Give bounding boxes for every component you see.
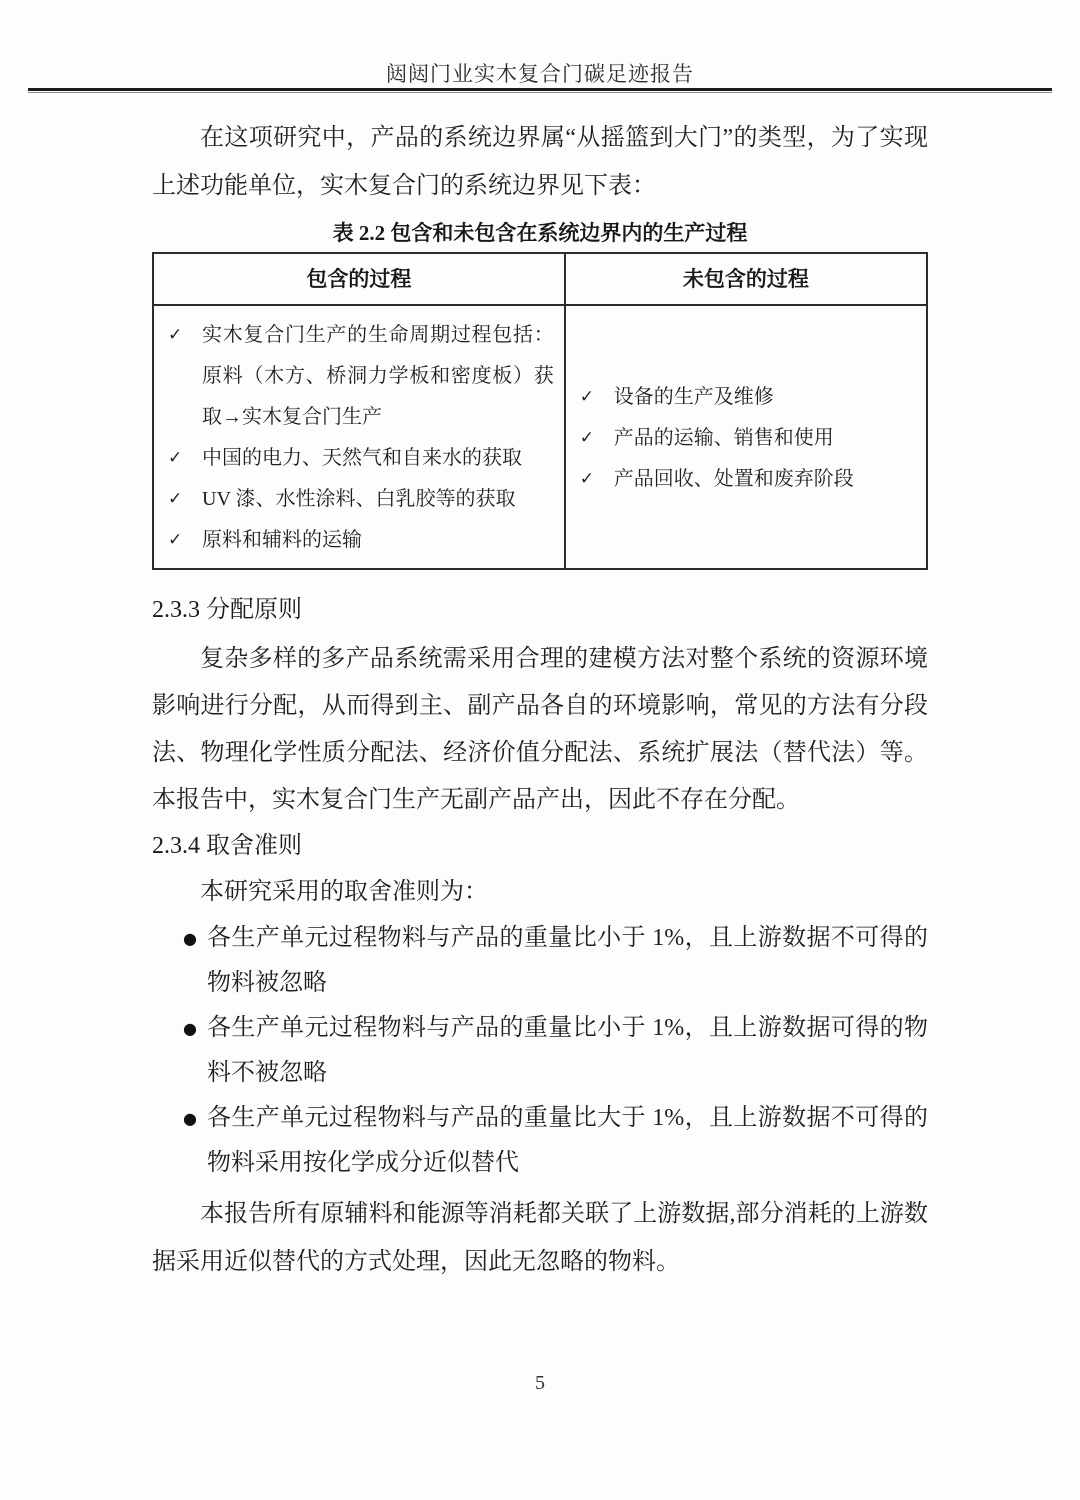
table-body-row: ✓ 实木复合门生产的生命周期过程包括：原料（木方、桥洞力学板和密度板）获取→实木…: [153, 305, 927, 569]
allocation-paragraph: 复杂多样的多产品系统需采用合理的建模方法对整个系统的资源环境影响进行分配，从而得…: [152, 636, 928, 824]
bullet-dot-icon: ●: [152, 1006, 207, 1096]
cutoff-intro: 本研究采用的取舍准则为：: [152, 868, 928, 916]
check-icon: ✓: [580, 418, 614, 459]
included-item-text: 原料和辅料的运输: [202, 520, 554, 561]
cutoff-list: ● 各生产单元过程物料与产品的重量比小于 1%，且上游数据不可得的物料被忽略 ●…: [152, 916, 928, 1186]
check-icon: ✓: [580, 459, 614, 500]
included-item: ✓ 实木复合门生产的生命周期过程包括：原料（木方、桥洞力学板和密度板）获取→实木…: [168, 315, 554, 438]
intro-paragraph: 在这项研究中，产品的系统边界属“从摇篮到大门”的类型，为了实现上述功能单位，实木…: [152, 114, 928, 210]
system-boundary-table: 包含的过程 未包含的过程 ✓ 实木复合门生产的生命周期过程包括：原料（木方、桥洞…: [152, 252, 928, 570]
excluded-item: ✓ 设备的生产及维修: [580, 377, 916, 418]
included-item: ✓ 原料和辅料的运输: [168, 520, 554, 561]
section-heading-2-3-4: 2.3.4 取舍准则: [152, 826, 928, 866]
excluded-item: ✓ 产品回收、处置和废弃阶段: [580, 459, 916, 500]
cutoff-item-text: 各生产单元过程物料与产品的重量比小于 1%，且上游数据可得的物料不被忽略: [207, 1006, 928, 1096]
cutoff-item-text: 各生产单元过程物料与产品的重量比小于 1%，且上游数据不可得的物料被忽略: [207, 916, 928, 1006]
table-header-row: 包含的过程 未包含的过程: [153, 253, 927, 305]
table-caption: 表 2.2 包含和未包含在系统边界内的生产过程: [152, 216, 928, 250]
cutoff-item: ● 各生产单元过程物料与产品的重量比小于 1%，且上游数据不可得的物料被忽略: [152, 916, 928, 1006]
page-number: 5: [0, 1372, 1080, 1395]
check-icon: ✓: [168, 520, 202, 561]
check-icon: ✓: [580, 377, 614, 418]
bullet-dot-icon: ●: [152, 1096, 207, 1186]
cutoff-item-text: 各生产单元过程物料与产品的重量比大于 1%，且上游数据不可得的物料采用按化学成分…: [207, 1096, 928, 1186]
excluded-item-text: 产品回收、处置和废弃阶段: [614, 459, 916, 500]
column-header-included: 包含的过程: [153, 253, 565, 305]
cutoff-item: ● 各生产单元过程物料与产品的重量比大于 1%，且上游数据不可得的物料采用按化学…: [152, 1096, 928, 1186]
page-content: 在这项研究中，产品的系统边界属“从摇篮到大门”的类型，为了实现上述功能单位，实木…: [152, 0, 928, 1286]
check-icon: ✓: [168, 438, 202, 479]
document-page: 闼闼门业实木复合门碳足迹报告 在这项研究中，产品的系统边界属“从摇篮到大门”的类…: [0, 0, 1080, 1500]
included-cell: ✓ 实木复合门生产的生命周期过程包括：原料（木方、桥洞力学板和密度板）获取→实木…: [153, 305, 565, 569]
included-item: ✓ UV 漆、水性涂料、白乳胶等的获取: [168, 479, 554, 520]
excluded-item: ✓ 产品的运输、销售和使用: [580, 418, 916, 459]
check-icon: ✓: [168, 479, 202, 520]
excluded-item-text: 设备的生产及维修: [614, 377, 916, 418]
section-heading-2-3-3: 2.3.3 分配原则: [152, 590, 928, 630]
excluded-item-text: 产品的运输、销售和使用: [614, 418, 916, 459]
included-item-text: 中国的电力、天然气和自来水的获取: [202, 438, 554, 479]
excluded-cell: ✓ 设备的生产及维修 ✓ 产品的运输、销售和使用 ✓ 产品回收、处置和废弃阶段: [565, 305, 927, 569]
column-header-excluded: 未包含的过程: [565, 253, 927, 305]
included-item-text: 实木复合门生产的生命周期过程包括：原料（木方、桥洞力学板和密度板）获取→实木复合…: [202, 315, 554, 438]
cutoff-item: ● 各生产单元过程物料与产品的重量比小于 1%，且上游数据可得的物料不被忽略: [152, 1006, 928, 1096]
bullet-dot-icon: ●: [152, 916, 207, 1006]
included-item: ✓ 中国的电力、天然气和自来水的获取: [168, 438, 554, 479]
check-icon: ✓: [168, 315, 202, 438]
closing-paragraph: 本报告所有原辅料和能源等消耗都关联了上游数据,部分消耗的上游数据采用近似替代的方…: [152, 1190, 928, 1286]
included-item-text: UV 漆、水性涂料、白乳胶等的获取: [202, 479, 554, 520]
